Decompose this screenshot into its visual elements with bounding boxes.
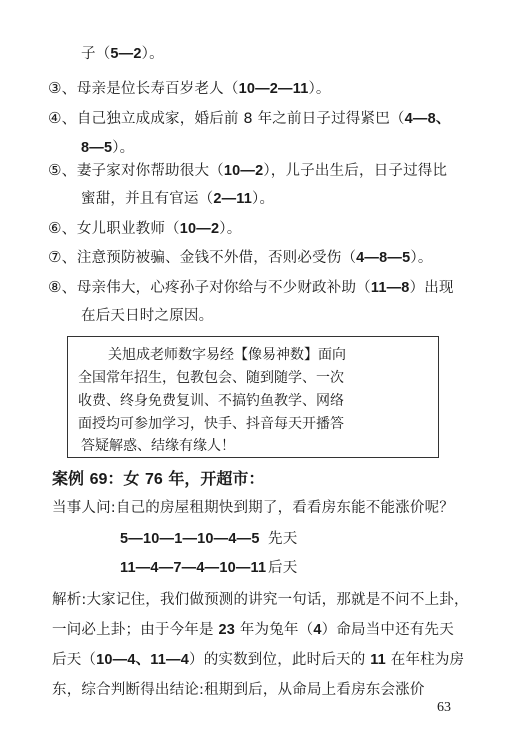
- text: 子（: [81, 46, 110, 62]
- number: 69: [90, 471, 108, 488]
- circled-number-marker: ⑤、: [48, 161, 77, 179]
- number: 76: [145, 471, 163, 488]
- number: 10—2: [224, 163, 264, 179]
- number: 4: [313, 622, 321, 638]
- item-3: ③、母亲是位长寿百岁老人（10—2—11）。: [48, 78, 331, 99]
- number: 5—2: [110, 46, 141, 62]
- item-8-line-2: 在后天日时之原因。: [81, 306, 213, 326]
- item-7: ⑦、注意预防被骗、金钱不外借，否则必受伤（4—8—5）。: [48, 247, 433, 268]
- text: ）的实数到位，此时后天的: [189, 652, 370, 668]
- item-4-line-2: 8—5）。: [81, 138, 134, 158]
- number: 10—2: [180, 221, 220, 237]
- text: 蜜甜，并且有官运（: [81, 191, 213, 207]
- case-question: 当事人问:自己的房屋租期快到期了，看看房东能不能涨价呢？: [52, 498, 454, 518]
- text: ）。: [308, 81, 330, 97]
- text: 在后天日时之原因。: [81, 308, 213, 324]
- text: 女儿职业教师（: [77, 221, 180, 237]
- analysis-line-2: 一问必上卦；由于今年是 23 年为兔年（4）命局当中还有先天: [52, 620, 454, 640]
- ad-line: 全国常年招生，包教包会、随到随学、一次: [78, 368, 344, 388]
- number: 4—8—5: [356, 250, 410, 266]
- number: 10—2—11: [239, 81, 309, 97]
- text: 后天（: [52, 652, 96, 668]
- text: 母亲伟大，心疼孙子对你给与不少财政补助（: [77, 280, 371, 296]
- text: 母亲是位长寿百岁老人（: [77, 81, 239, 97]
- text: 自己独立成成家，婚后前 8 年之前日子过得紧巴（: [77, 111, 405, 127]
- circled-number-marker: ⑥、: [48, 219, 77, 237]
- text: 一问必上卦；由于今年是: [52, 622, 219, 638]
- number: 23: [219, 622, 236, 638]
- number: 10—4、11—4: [96, 652, 189, 668]
- analysis-line-4: 东，综合判断得出结论:租期到后，从命局上看房东会涨价: [52, 680, 425, 700]
- item-5: ⑤、妻子家对你帮助很大（10—2），儿子出生后，日子过得比: [48, 160, 447, 181]
- text: 年为兔年（: [235, 622, 313, 638]
- text: ）。: [252, 191, 274, 207]
- text: ）。: [410, 250, 432, 266]
- analysis-line-1: 解析:大家记住，我们做预测的讲究一句话，那就是不问不上卦，: [52, 590, 469, 610]
- sequence: 5—10—1—10—4—5: [120, 529, 268, 549]
- text: ）。: [219, 221, 241, 237]
- ad-line: 收费、终身免费复训、不搞钓鱼教学、网络: [78, 391, 344, 411]
- advertisement-box: 关旭成老师数字易经【像易神数】面向 全国常年招生，包教包会、随到随学、一次 收费…: [67, 336, 439, 458]
- label: 先天: [268, 531, 297, 547]
- text: 妻子家对你帮助很大（: [77, 163, 224, 179]
- item-2-continuation: 子（5—2）。: [81, 44, 164, 64]
- text: ），儿子出生后，日子过得比: [263, 163, 447, 179]
- ad-line: 面授均可参加学习，快手、抖音每天开播答: [78, 414, 344, 434]
- ad-line: 答疑解惑、结缘有缘人！: [81, 436, 235, 456]
- case-heading: 案例 69：女 76 年，开超市：: [52, 468, 264, 491]
- circled-number-marker: ⑦、: [48, 248, 77, 266]
- number: 8—5: [81, 140, 112, 156]
- number: 11—8: [371, 280, 410, 296]
- text: ）。: [142, 46, 164, 62]
- analysis-line-3: 后天（10—4、11—4）的实数到位，此时后天的 11 在年柱为房: [52, 650, 464, 670]
- ad-line: 关旭成老师数字易经【像易神数】面向: [108, 345, 346, 365]
- text: 案例: [52, 469, 90, 488]
- text: 年，开超市：: [163, 469, 265, 488]
- text: ）。: [112, 140, 134, 156]
- text: ）出现: [410, 280, 454, 296]
- text: ）命局当中还有先天: [322, 622, 454, 638]
- xiantian-row: 5—10—1—10—4—5先天: [120, 529, 297, 549]
- sequence: 11—4—7—4—10—11: [120, 558, 268, 578]
- label: 后天: [268, 560, 297, 576]
- item-5-line-2: 蜜甜，并且有官运（2—11）。: [81, 189, 274, 209]
- text: 在年柱为房: [386, 652, 464, 668]
- number: 11: [370, 652, 386, 668]
- houtian-row: 11—4—7—4—10—11后天: [120, 558, 297, 578]
- circled-number-marker: ④、: [48, 109, 77, 127]
- number: 4—8、: [405, 111, 451, 127]
- text: 注意预防被骗、金钱不外借，否则必受伤（: [77, 250, 356, 266]
- item-6: ⑥、女儿职业教师（10—2）。: [48, 218, 241, 239]
- item-4: ④、自己独立成成家，婚后前 8 年之前日子过得紧巴（4—8、: [48, 108, 451, 129]
- circled-number-marker: ③、: [48, 79, 77, 97]
- text: ：女: [107, 469, 145, 488]
- number: 2—11: [213, 191, 252, 207]
- circled-number-marker: ⑧、: [48, 278, 77, 296]
- page-number: 63: [437, 700, 451, 716]
- item-8: ⑧、母亲伟大，心疼孙子对你给与不少财政补助（11—8）出现: [48, 277, 454, 298]
